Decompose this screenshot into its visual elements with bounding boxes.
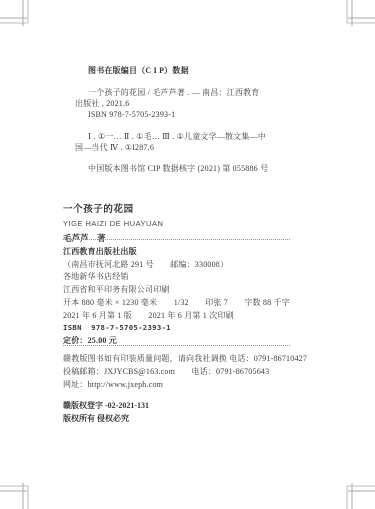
cip-heading: 图书在版编目（C I P）数据 xyxy=(75,65,268,76)
cip-classification-line2: 国—当代 Ⅳ . ①I287.6 xyxy=(75,142,268,153)
email-line: 投稿邮箱：JXJYCBS@163.com 电话：0791-86705643 xyxy=(63,365,307,378)
title-block: 一个孩子的花园 YIGE HAIZI DE HUAYUAN 毛芦芦 著 xyxy=(63,201,163,244)
crop-mark-bottom-right xyxy=(339,473,375,509)
edition-line: 2021 年 6 月第 1 版 2021 年 6 月第 1 次印刷 xyxy=(63,310,290,323)
copyright-page: 图书在版编目（C I P）数据 一个孩子的花园 / 毛芦芦著 . — 南昌：江西… xyxy=(0,0,375,509)
book-title-pinyin: YIGE HAIZI DE HUAYUAN xyxy=(63,219,163,228)
format-line: 开本 880 毫米 × 1230 毫米 1/32 印张 7 字数 88 千字 xyxy=(63,297,290,310)
isbn-line: ISBN 978-7-5705-2393-1 xyxy=(63,322,290,335)
cip-record-number: 中国版本图书馆 CIP 数据核字 (2021) 第 055886 号 xyxy=(75,163,268,174)
publisher-address-line: （南昌市抚河北路 291 号 邮编：330008） xyxy=(63,259,290,272)
book-author: 毛芦芦 著 xyxy=(63,232,163,244)
printer-line: 江西省和平印务有限公司印刷 xyxy=(63,284,290,297)
quality-notice-line: 赣教版图书如有印装质量问题，请向我社调换 电话：0791-86710427 xyxy=(63,352,307,365)
copyright-notice: 版权所有 侵权必究 xyxy=(63,413,149,426)
publisher-line: 江西教育出版社出版 xyxy=(63,246,290,259)
cip-entry-line2: 出版社 , 2021.6 xyxy=(75,98,268,109)
book-title: 一个孩子的花园 xyxy=(63,201,163,215)
distribution-line: 各地新华书店经销 xyxy=(63,271,290,284)
cip-isbn: ISBN 978-7-5705-2393-1 xyxy=(75,109,268,120)
copyright-registration: 赣版权登字 -02-2021-131 xyxy=(63,400,149,413)
cip-classification-line1: Ⅰ . ①一… Ⅱ . ①毛… Ⅲ . ①儿童文学—散文集—中 xyxy=(75,131,268,142)
crop-mark-top-left xyxy=(0,0,36,36)
imprint-block: 江西教育出版社出版 （南昌市抚河北路 291 号 邮编：330008） 各地新华… xyxy=(63,246,290,348)
crop-mark-bottom-left xyxy=(0,473,36,509)
crop-mark-top-right xyxy=(339,0,375,36)
dotted-divider-top xyxy=(63,239,290,240)
dotted-divider-bottom xyxy=(63,345,290,346)
cip-block: 图书在版编目（C I P）数据 一个孩子的花园 / 毛芦芦著 . — 南昌：江西… xyxy=(75,65,268,174)
contact-block: 赣教版图书如有印装质量问题，请向我社调换 电话：0791-86710427 投稿… xyxy=(63,352,307,391)
website-line: 网址：http://www.jxeph.com xyxy=(63,378,307,391)
cip-entry-line1: 一个孩子的花园 / 毛芦芦著 . — 南昌：江西教育 xyxy=(75,87,268,98)
rights-block: 赣版权登字 -02-2021-131 版权所有 侵权必究 xyxy=(63,400,149,425)
